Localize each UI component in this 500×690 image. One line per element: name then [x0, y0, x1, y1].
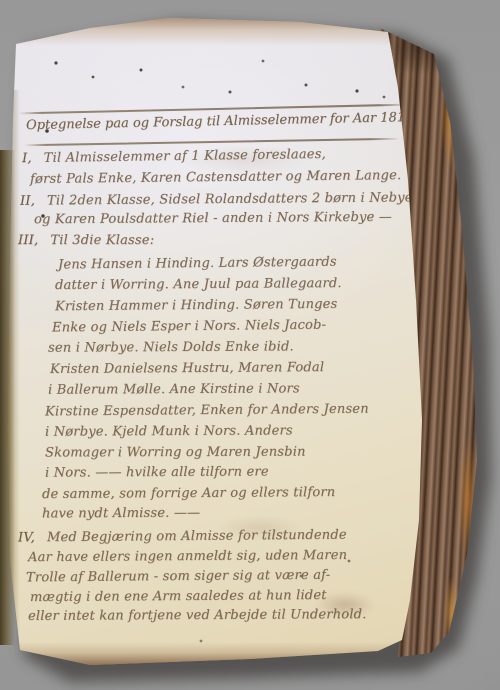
manuscript-line-text: Kristen Danielsens Hustru, Maren Fodal [50, 360, 324, 377]
manuscript-line: eller intet kan fortjene ved Arbejde til… [28, 608, 367, 623]
manuscript-line-text: Til 2den Klasse, Sidsel Rolandsdatters 2… [47, 190, 413, 208]
binding-gutter-edge [0, 150, 15, 645]
manuscript-line-text: mægtig i den ene Arm saaledes at hun lid… [30, 588, 327, 605]
manuscript-heading: Optegnelse paa og Forslag til Almisselem… [26, 110, 418, 133]
manuscript-line-text: Aar have ellers ingen anmeldt sig, uden … [28, 548, 347, 565]
manuscript-line-text: Skomager i Worring og Maren Jensbin [45, 445, 306, 461]
manuscript-line: i Nørbye. Kjeld Munk i Nors. Anders [45, 424, 293, 438]
manuscript-line: Jens Hansen i Hinding. Lars Østergaards [58, 256, 337, 272]
manuscript-line-text: Kristen Hammer i Hinding. Søren Tunges [55, 297, 338, 314]
manuscript-line: og Karen Poulsdatter Riel - anden i Nors… [34, 211, 392, 226]
manuscript-line: Aar have ellers ingen anmeldt sig, uden … [28, 549, 347, 564]
section-marker: IV, [18, 531, 35, 544]
manuscript-line-text: have nydt Almisse. —— [42, 506, 200, 522]
manuscript-line: datter i Worring. Ane Juul paa Ballegaar… [55, 277, 342, 292]
ink-specks [0, 0, 2, 2]
manuscript-line-text: Trolle af Ballerum - som siger sig at væ… [26, 568, 330, 586]
manuscript-line: i Ballerum Mølle. Ane Kirstine i Nors [48, 382, 300, 396]
manuscript-line: Kirstine Espensdatter, Enken for Anders … [45, 403, 369, 419]
heading-underline [24, 138, 400, 147]
manuscript-line-text: og Karen Poulsdatter Riel - anden i Nors… [34, 210, 392, 227]
manuscript-line-text: i Nørbye. Kjeld Munk i Nors. Anders [45, 423, 293, 439]
manuscript-line-text: sen i Nørbye. Niels Dolds Enke ibid. [48, 339, 294, 355]
manuscript-line: Kristen Danielsens Hustru, Maren Fodal [50, 361, 324, 376]
manuscript-line: II,Til 2den Klasse, Sidsel Rolandsdatter… [20, 191, 413, 207]
manuscript-line: have nydt Almisse. —— [42, 507, 200, 521]
manuscript-line: først Pals Enke, Karen Castensdatter og … [30, 169, 401, 186]
manuscript-line-text: Kirstine Espensdatter, Enken for Anders … [45, 402, 369, 420]
manuscript-photo: Optegnelse paa og Forslag til Almisselem… [0, 0, 500, 690]
manuscript-line: sen i Nørbye. Niels Dolds Enke ibid. [48, 340, 294, 354]
manuscript-line: i Nors. —— hvilke alle tilforn ere [45, 465, 269, 479]
section-marker: I, [22, 152, 32, 165]
manuscript-line-text: datter i Worring. Ane Juul paa Ballegaar… [55, 276, 342, 293]
section-marker: III, [18, 234, 38, 247]
manuscript-line: IV,Med Begjæring om Almisse for tilstund… [18, 529, 347, 545]
manuscript-line: mægtig i den ene Arm saaledes at hun lid… [30, 589, 327, 604]
manuscript-line-text: Med Begjæring om Almisse for tilstundend… [47, 528, 347, 546]
manuscript-line: III,Til 3die Klasse: [18, 234, 154, 247]
manuscript-line: Enke og Niels Esper i Nors. Niels Jacob- [52, 319, 326, 335]
manuscript-line-text: først Pals Enke, Karen Castensdatter og … [30, 168, 401, 187]
manuscript-line-text: Til 3die Klasse: [50, 233, 154, 248]
manuscript-line: Trolle af Ballerum - som siger sig at væ… [26, 569, 330, 585]
section-marker: II, [20, 195, 35, 208]
manuscript-line-text: i Nors. —— hvilke alle tilforn ere [45, 464, 269, 480]
manuscript-line-text: Jens Hansen i Hinding. Lars Østergaards [58, 255, 337, 273]
manuscript-line: Kristen Hammer i Hinding. Søren Tunges [55, 298, 338, 313]
manuscript-line-text: de samme, som forrige Aar og ellers tilf… [42, 485, 335, 502]
manuscript-line: Skomager i Worring og Maren Jensbin [45, 446, 306, 460]
manuscript-line-text: i Ballerum Mølle. Ane Kirstine i Nors [48, 381, 300, 397]
manuscript-line: de samme, som forrige Aar og ellers tilf… [42, 486, 335, 501]
manuscript-line-text: eller intet kan fortjene ved Arbejde til… [28, 607, 367, 624]
manuscript-line-text: Enke og Niels Esper i Nors. Niels Jacob- [52, 318, 326, 336]
